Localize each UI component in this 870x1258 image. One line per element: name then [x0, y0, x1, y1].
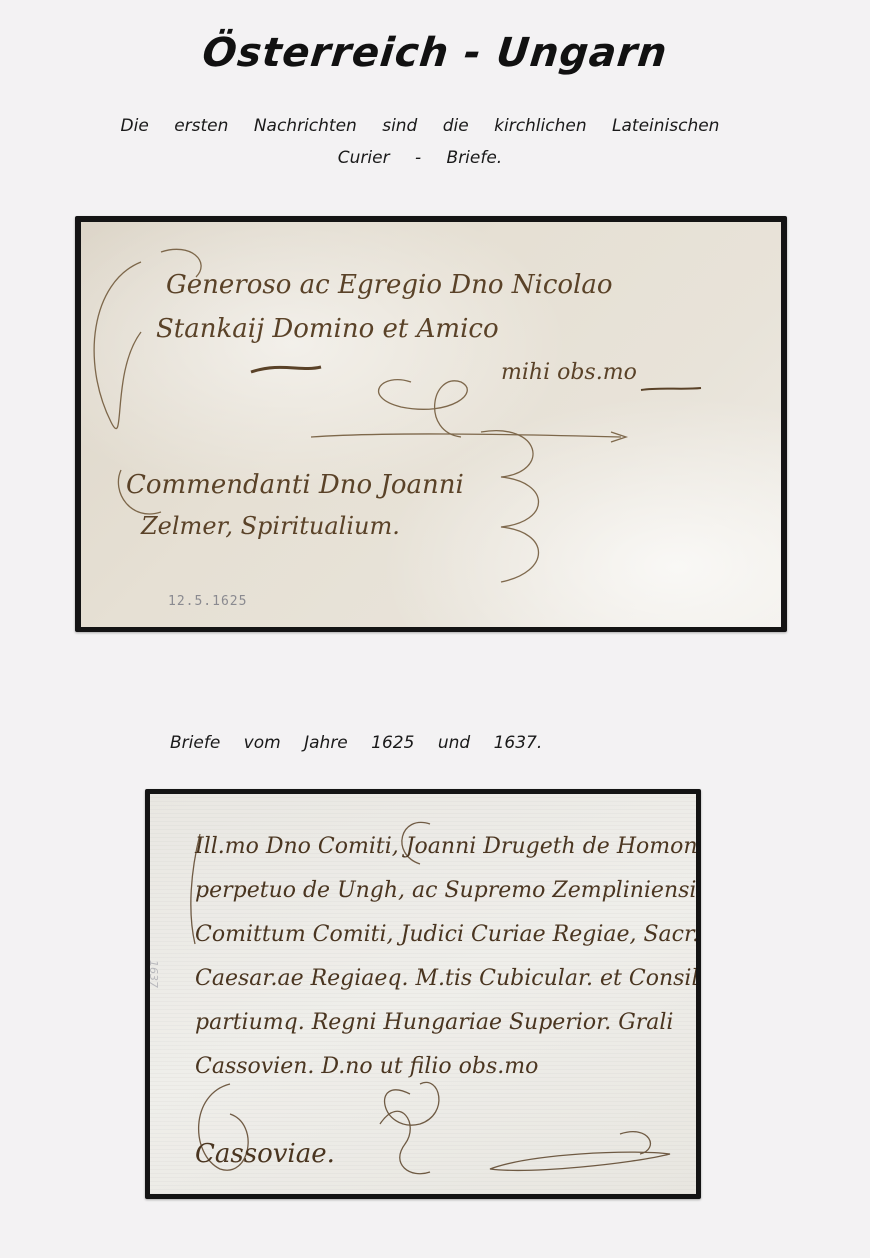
letter-2-line-7: Cassoviae.: [195, 1139, 335, 1169]
letter-2-line-5: partiumq. Regni Hungariae Superior. Gral…: [195, 1010, 673, 1035]
letter-2-line-2: perpetuo de Ungh, ac Supremo Zempliniens…: [195, 878, 696, 903]
letter-2-line-1: Ill.mo Dno Comiti, Joanni Drugeth de Hom…: [195, 834, 696, 859]
pencil-date: 12.5.1625: [168, 594, 247, 609]
letter-1-line-4: Commendanti Dno Joanni: [126, 470, 464, 500]
intro-text: Die ersten Nachrichten sind die kirchlic…: [60, 110, 780, 174]
caption-text: Briefe vom Jahre 1625 und 1637.: [170, 733, 542, 753]
letter-1637-cover: Ill.mo Dno Comiti, Joanni Drugeth de Hom…: [150, 794, 696, 1194]
intro-line-1: Die ersten Nachrichten sind die kirchlic…: [60, 110, 780, 142]
letter-2-line-6: Cassovien. D.no ut filio obs.mo: [195, 1054, 538, 1079]
intro-line-2: Curier - Briefe.: [60, 142, 780, 174]
letter-2-line-3: Comittum Comiti, Judici Curiae Regiae, S…: [195, 922, 696, 947]
pencil-note: 1637: [147, 960, 160, 988]
letter-1-line-1: Generoso ac Egregio Dno Nicolao: [166, 270, 613, 300]
page-title: Österreich - Ungarn: [0, 30, 870, 76]
letter-1-line-5: Zelmer, Spiritualium.: [141, 512, 400, 540]
letter-1625-cover: Generoso ac Egregio Dno Nicolao Stankaij…: [81, 222, 781, 627]
letter-1-line-3: mihi obs.mo: [501, 360, 637, 385]
letter-2-line-4: Caesar.ae Regiaeq. M.tis Cubicular. et C…: [195, 966, 696, 991]
letter-1-line-2: Stankaij Domino et Amico: [156, 314, 499, 344]
